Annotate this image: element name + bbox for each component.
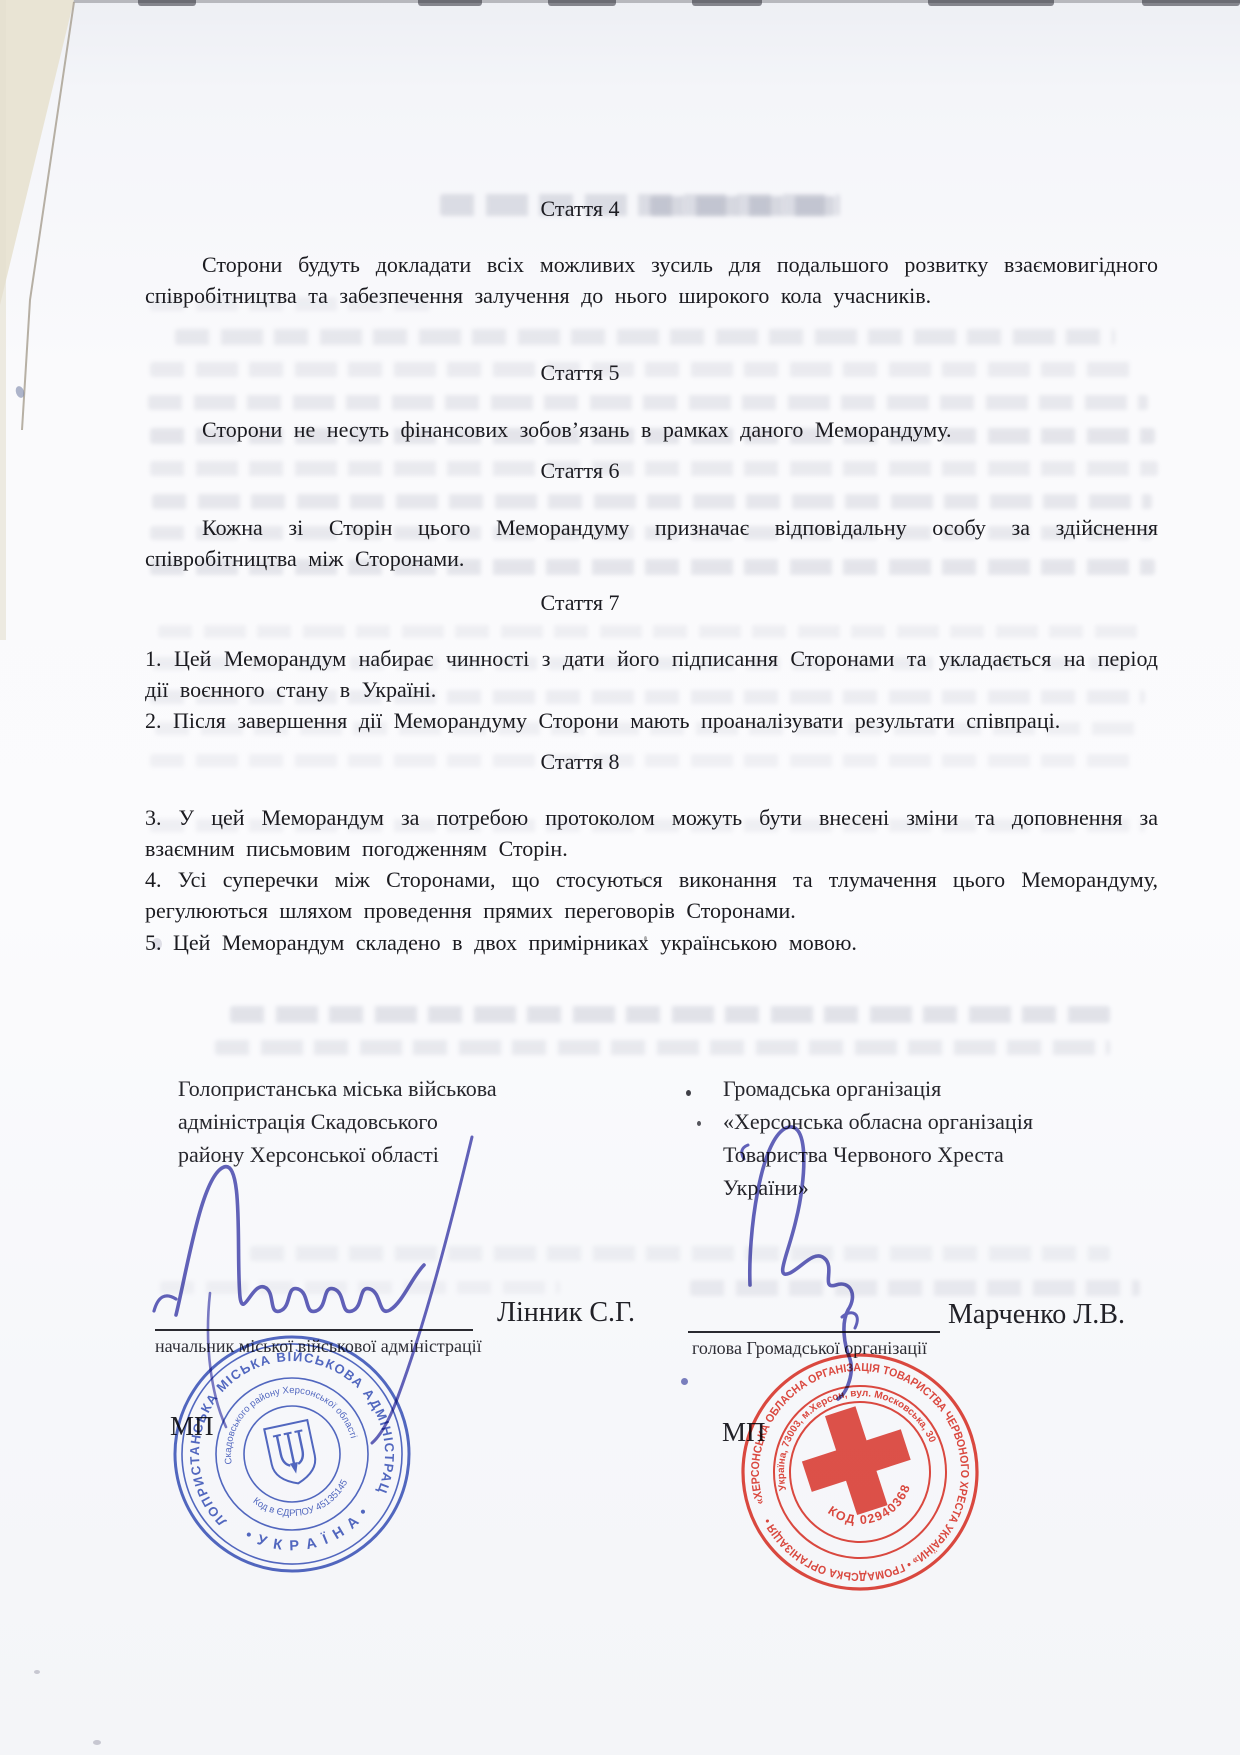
scan-speck	[686, 1090, 691, 1096]
article-8-heading: Стаття 8	[145, 749, 1015, 775]
org-line: Голопристанська міська військова	[178, 1072, 497, 1105]
article-6-heading: Стаття 6	[145, 458, 1015, 484]
scan-top-mark	[928, 0, 1054, 6]
article-8-item-5: 5. Цей Меморандум складено в двох примір…	[145, 927, 1158, 958]
bleed-through-line	[158, 625, 1143, 638]
article-5-paragraph: Сторони не несуть фінансових зобов’язань…	[145, 414, 1158, 445]
left-signatory-name: Лінник С.Г.	[497, 1297, 635, 1329]
scan-top-mark	[692, 0, 762, 6]
bleed-through-line	[175, 329, 1115, 345]
article-7-item-2: 2. Після завершення дії Меморандуму Стор…	[145, 705, 1158, 736]
article-8-item-4: 4. Усі суперечки між Сторонами, що стосу…	[145, 864, 1158, 926]
scan-speck	[14, 385, 26, 399]
right-handwritten-signature	[700, 1095, 960, 1415]
article-4-paragraph: Сторони будуть докладати всіх можливих з…	[145, 249, 1158, 311]
bleed-through-line	[152, 494, 1152, 509]
scan-speck	[34, 1670, 40, 1674]
article-7-item-1: 1. Цей Меморандум набирає чинності з дат…	[145, 643, 1158, 705]
scan-speck	[93, 1740, 101, 1745]
scan-left-edge	[0, 0, 6, 640]
right-signatory-name: Марченко Л.В.	[948, 1299, 1125, 1331]
article-5-heading: Стаття 5	[145, 360, 1015, 386]
article-4-heading: Стаття 4	[145, 196, 1015, 222]
scan-top-mark	[138, 0, 196, 6]
article-7-heading: Стаття 7	[145, 590, 1015, 616]
article-8-item-3: 3. У цей Меморандум за потребою протокол…	[145, 802, 1158, 864]
ink-speck	[681, 1378, 688, 1385]
scanned-memorandum-page: Стаття 4 Сторони будуть докладати всіх м…	[0, 0, 1240, 1755]
left-handwritten-signature	[140, 1115, 500, 1445]
article-6-paragraph: Кожна зі Сторін цього Меморандуму призна…	[145, 512, 1158, 574]
bleed-through-line	[230, 1006, 1110, 1023]
scan-top-mark	[1142, 0, 1240, 6]
scan-top-mark	[418, 0, 482, 6]
bleed-through-line	[215, 1040, 1110, 1055]
bleed-through-line	[148, 395, 1148, 410]
page-corner-fold	[0, 0, 90, 320]
scan-top-mark	[548, 0, 616, 6]
